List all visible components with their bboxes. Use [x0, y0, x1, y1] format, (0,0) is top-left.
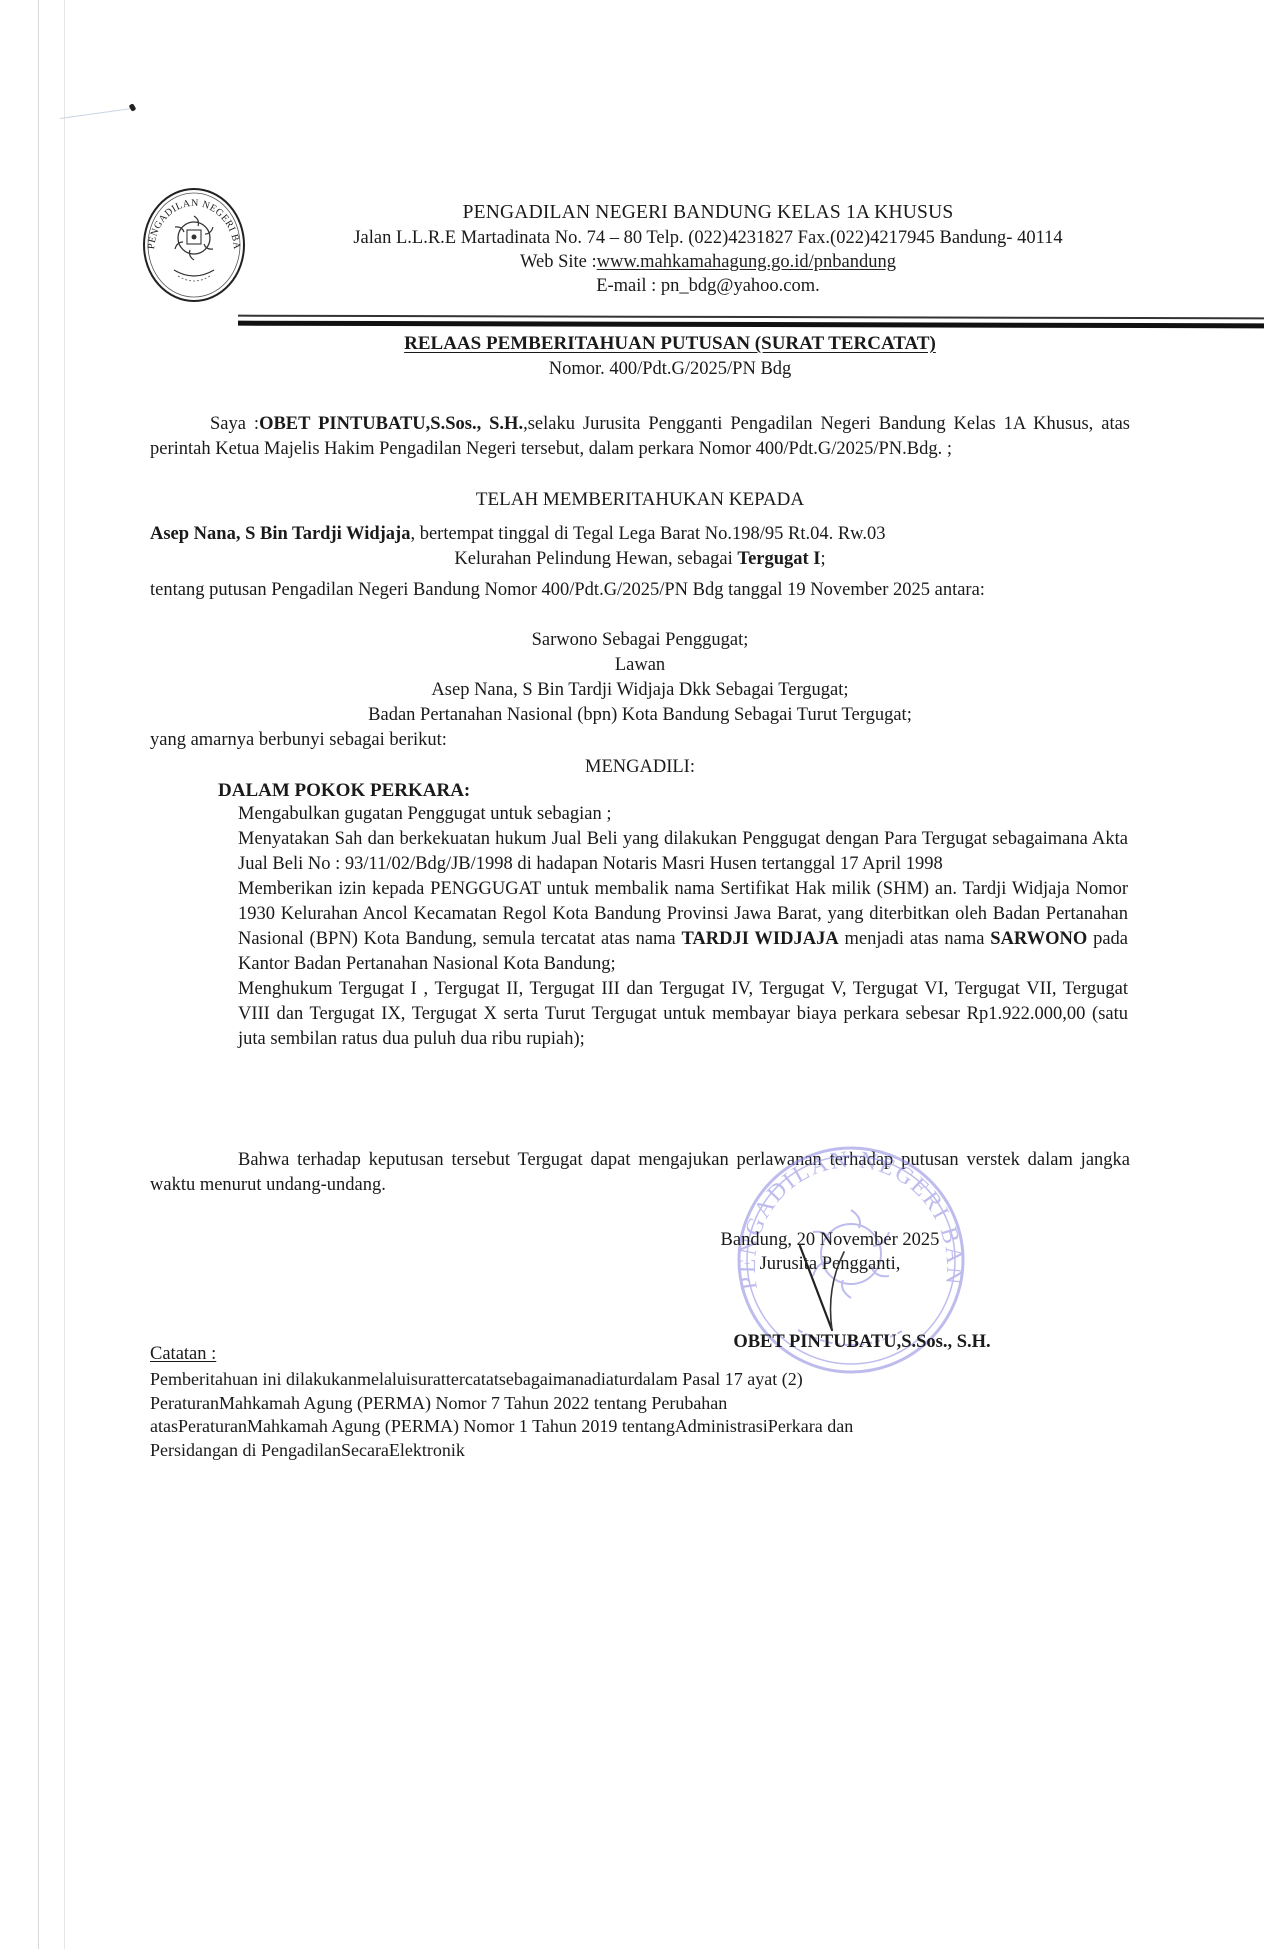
- court-logo-icon: PENGADILAN NEGERI BANDUNG: [140, 186, 248, 304]
- verdict-heading: MENGADILI:: [150, 755, 1130, 780]
- recipient-paragraph: Asep Nana, S Bin Tardji Widjaja, bertemp…: [150, 522, 1130, 572]
- document-number: Nomor. 400/Pdt.G/2025/PN Bdg: [220, 357, 1120, 381]
- court-email: E-mail : pn_bdg@yahoo.com.: [268, 274, 1148, 298]
- party-versus: Lawan: [150, 653, 1130, 678]
- party-defendant: Asep Nana, S Bin Tardji Widjaja Dkk Seba…: [150, 678, 1130, 703]
- old-owner-name: TARDJI WIDJAJA: [681, 929, 838, 949]
- recipient-role: Tergugat I: [737, 549, 820, 569]
- note-line: Pemberitahuan ini dilakukanmelaluisuratt…: [150, 1368, 1150, 1392]
- scan-edge: [64, 0, 65, 1949]
- notified-heading: TELAH MEMBERITAHUKAN KEPADA: [150, 487, 1130, 512]
- signer-name: OBET PINTUBATU,S.Sos., S.H.: [672, 1330, 1052, 1354]
- amar-intro: yang amarnya berbunyi sebagai berikut:: [150, 728, 1130, 753]
- svg-text:PENGADILAN NEGERI BANDUNG: PENGADILAN NEGERI BANDUNG: [140, 186, 242, 250]
- website-label: Web Site :: [520, 252, 597, 272]
- decision-reference: tentang putusan Pengadilan Negeri Bandun…: [150, 578, 1130, 603]
- website-link[interactable]: www.mahkamahagung.go.id/pnbandung: [597, 252, 896, 272]
- verdict-subheading: DALAM POKOK PERKARA:: [218, 778, 470, 803]
- note-label: Catatan :: [150, 1342, 216, 1366]
- opening-paragraph: Saya :OBET PINTUBATU,S.Sos., S.H.,selaku…: [150, 412, 1130, 462]
- verdict-items: Mengabulkan gugatan Penggugat untuk seba…: [238, 802, 1128, 1052]
- party-co-defendant: Badan Pertanahan Nasional (bpn) Kota Ban…: [150, 703, 1130, 728]
- letterhead-divider: [238, 315, 1264, 319]
- note-line: PeraturanMahkamah Agung (PERMA) Nomor 7 …: [150, 1392, 1150, 1416]
- document-title: RELAAS PEMBERITAHUAN PUTUSAN (SURAT TERC…: [220, 332, 1120, 356]
- scan-artifact: [129, 103, 137, 112]
- verdict-item: Menyatakan Sah dan berkekuatan hukum Jua…: [238, 827, 1128, 877]
- verdict-closing: Bahwa terhadap keputusan tersebut Tergug…: [150, 1148, 1130, 1198]
- letterhead: PENGADILAN NEGERI BANDUNG KELAS 1A KHUSU…: [268, 200, 1148, 298]
- note-line: Persidangan di PengadilanSecaraElektroni…: [150, 1439, 1150, 1463]
- new-owner-name: SARWONO: [990, 929, 1087, 949]
- verdict-item: Mengabulkan gugatan Penggugat untuk seba…: [238, 802, 1128, 827]
- handwritten-signature-icon: [792, 1238, 862, 1338]
- note-text: Pemberitahuan ini dilakukanmelaluisuratt…: [150, 1368, 1150, 1462]
- officer-name: OBET PINTUBATU,S.Sos., S.H.: [259, 414, 523, 434]
- scan-artifact: [60, 108, 131, 119]
- scan-edge: [38, 0, 39, 1949]
- recipient-name: Asep Nana, S Bin Tardji Widjaja: [150, 524, 410, 544]
- verdict-item: Menghukum Tergugat I , Tergugat II, Terg…: [238, 977, 1128, 1052]
- note-line: atasPeraturanMahkamah Agung (PERMA) Nomo…: [150, 1415, 1150, 1439]
- party-plaintiff: Sarwono Sebagai Penggugat;: [150, 628, 1130, 653]
- court-website: Web Site :www.mahkamahagung.go.id/pnband…: [268, 250, 1148, 274]
- verdict-item: Memberikan izin kepada PENGGUGAT untuk m…: [238, 877, 1128, 977]
- court-address: Jalan L.L.R.E Martadinata No. 74 – 80 Te…: [268, 226, 1148, 250]
- letterhead-divider: [238, 321, 1264, 329]
- court-name: PENGADILAN NEGERI BANDUNG KELAS 1A KHUSU…: [268, 200, 1148, 226]
